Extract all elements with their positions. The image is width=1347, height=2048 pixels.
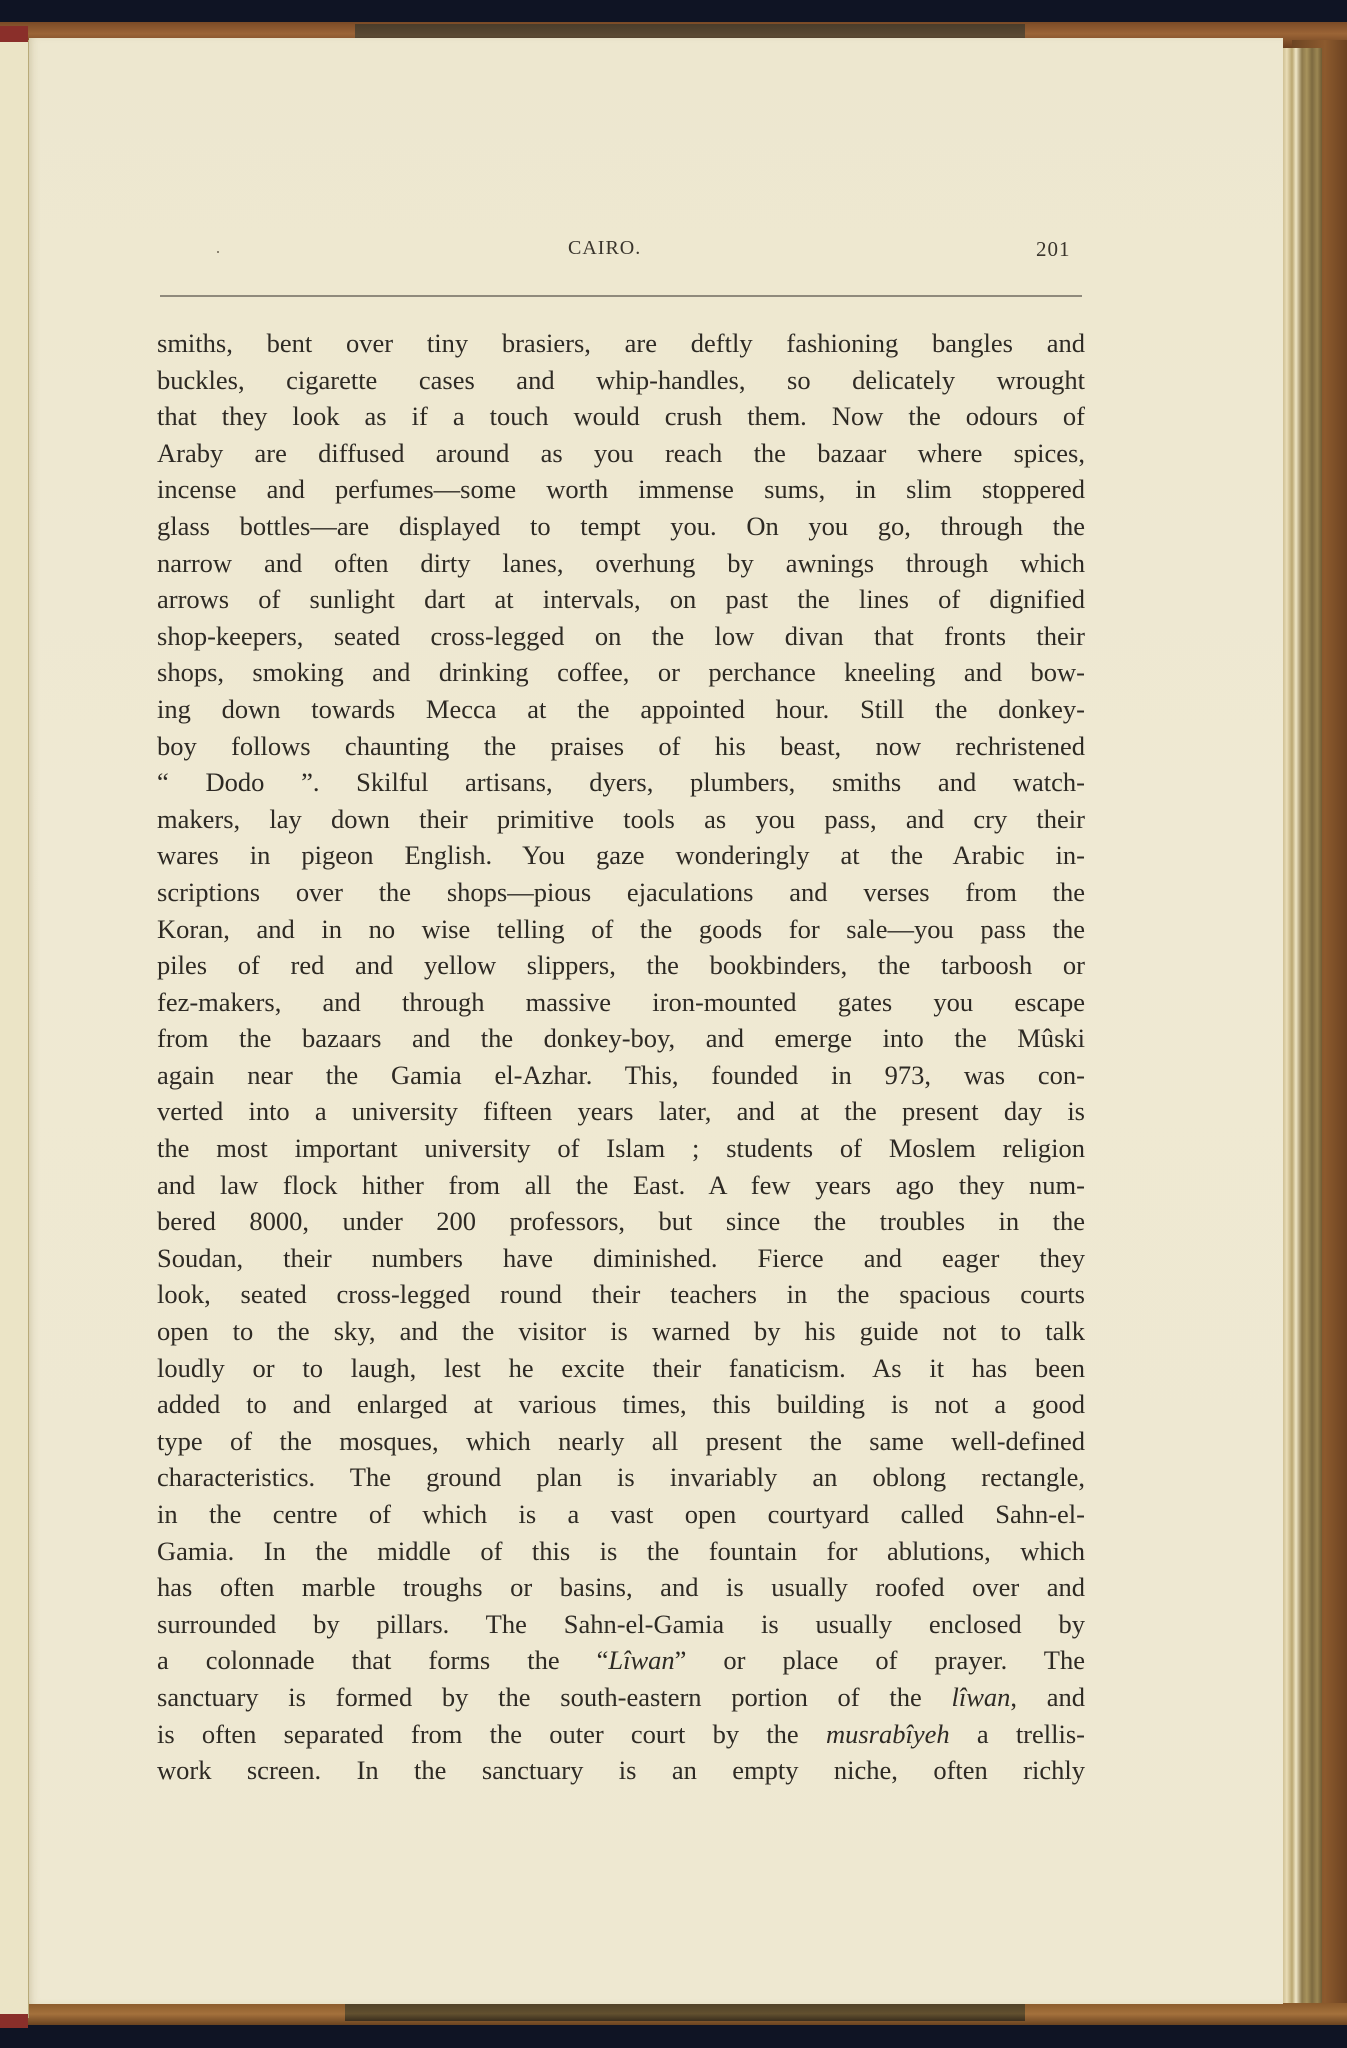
text-line: smiths, bent over tiny brasiers, are def…	[157, 325, 1085, 362]
text-line: look, seated cross-legged round their te…	[157, 1276, 1085, 1313]
text-line: that they look as if a touch would crush…	[157, 398, 1085, 435]
text-line: characteristics. The ground plan is inva…	[157, 1459, 1085, 1496]
text-run: , and	[1010, 1682, 1085, 1712]
text-line: sanctuary is formed by the south-eastern…	[157, 1679, 1085, 1716]
text-line: in the centre of which is a vast open co…	[157, 1496, 1085, 1533]
text-line: buckles, cigarette cases and whip-handle…	[157, 362, 1085, 399]
facing-page-edge	[0, 40, 29, 2018]
text-line: makers, lay down their primitive tools a…	[157, 801, 1085, 838]
text-line: open to the sky, and the visitor is warn…	[157, 1313, 1085, 1350]
text-line: and law flock hither from all the East. …	[157, 1167, 1085, 1204]
header-rule	[160, 295, 1082, 297]
text-line: bered 8000, under 200 professors, but si…	[157, 1203, 1085, 1240]
speck	[217, 251, 219, 253]
text-line: verted into a university fifteen years l…	[157, 1093, 1085, 1130]
text-line: surrounded by pillars. The Sahn-el-Gamia…	[157, 1606, 1085, 1643]
text-run: ” or place of prayer. The	[675, 1645, 1085, 1675]
book-cover-bottom-edge	[0, 2003, 1347, 2025]
tailband	[0, 2014, 28, 2028]
page-number: 201	[1036, 237, 1071, 262]
text-run: a trellis-	[950, 1719, 1085, 1749]
text-run: sanctuary is formed by the south-eastern…	[157, 1682, 951, 1712]
text-line: has often marble troughs or basins, and …	[157, 1569, 1085, 1606]
text-line: narrow and often dirty lanes, overhung b…	[157, 545, 1085, 582]
text-line: a colonnade that forms the “Lîwan” or pl…	[157, 1642, 1085, 1679]
text-run: a colonnade that forms the “	[157, 1645, 608, 1675]
text-line: arrows of sunlight dart at intervals, on…	[157, 581, 1085, 618]
text-line: “ Dodo ”. Skilful artisans, dyers, plumb…	[157, 764, 1085, 801]
headband	[0, 26, 28, 42]
text-line: piles of red and yellow slippers, the bo…	[157, 947, 1085, 984]
text-line: incense and perfumes—some worth immense …	[157, 471, 1085, 508]
text-line: the most important university of Islam ;…	[157, 1130, 1085, 1167]
text-line: again near the Gamia el-Azhar. This, fou…	[157, 1057, 1085, 1094]
text-line: glass bottles—are displayed to tempt you…	[157, 508, 1085, 545]
text-line: scriptions over the shops—pious ejaculat…	[157, 874, 1085, 911]
text-line: ing down towards Mecca at the appointed …	[157, 691, 1085, 728]
text-line: Koran, and in no wise telling of the goo…	[157, 911, 1085, 948]
text-line: fez-makers, and through massive iron-mou…	[157, 984, 1085, 1021]
text-line: Araby are diffused around as you reach t…	[157, 435, 1085, 472]
text-line: Gamia. In the middle of this is the foun…	[157, 1533, 1085, 1570]
running-head-title: CAIRO.	[568, 237, 641, 260]
cover-band	[345, 2003, 1025, 2021]
italic-term-liwan: lîwan	[951, 1682, 1010, 1712]
italic-term-liwan: Lîwan	[608, 1645, 674, 1675]
text-line: loudly or to laugh, lest he excite their…	[157, 1350, 1085, 1387]
text-line: from the bazaars and the donkey-boy, and…	[157, 1020, 1085, 1057]
text-line: boy follows chaunting the praises of his…	[157, 728, 1085, 765]
body-text: smiths, bent over tiny brasiers, are def…	[157, 325, 1085, 1789]
text-line: wares in pigeon English. You gaze wonder…	[157, 837, 1085, 874]
text-line: type of the mosques, which nearly all pr…	[157, 1423, 1085, 1460]
text-line: shops, smoking and drinking coffee, or p…	[157, 654, 1085, 691]
italic-term-musrabiyeh: musrabîyeh	[826, 1719, 950, 1749]
page-fore-edge	[1282, 48, 1322, 2014]
text-line: work screen. In the sanctuary is an empt…	[157, 1752, 1085, 1789]
text-run: is often separated from the outer court …	[157, 1719, 826, 1749]
text-line: is often separated from the outer court …	[157, 1716, 1085, 1753]
text-line: Soudan, their numbers have diminished. F…	[157, 1240, 1085, 1277]
book-page: CAIRO. 201 smiths, bent over tiny brasie…	[29, 38, 1283, 2004]
text-line: added to and enlarged at various times, …	[157, 1386, 1085, 1423]
text-line: shop-keepers, seated cross-legged on the…	[157, 618, 1085, 655]
running-head: CAIRO. 201	[29, 237, 1283, 267]
